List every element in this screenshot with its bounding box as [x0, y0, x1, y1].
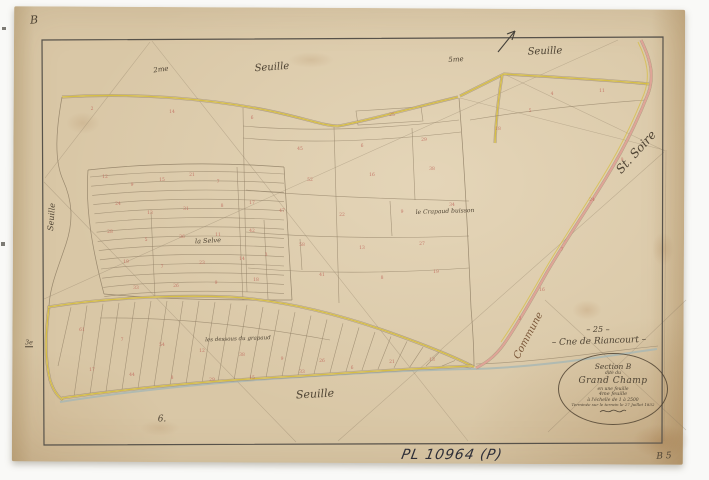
- cartouche-sheet-number: – 25 –: [586, 326, 609, 334]
- neighbor-sheet-5-label: 5me: [448, 56, 464, 64]
- neighbor-seuille-bottom-label: Seuille: [296, 388, 335, 401]
- north-arrow: [498, 31, 515, 52]
- archive-reference-number: PL 10964 (P): [400, 447, 504, 463]
- northeast-road: [460, 74, 649, 143]
- sheet-letter-mark: B: [30, 14, 39, 26]
- pink-road-st-soire: [476, 40, 651, 368]
- lieu-dit-selve-label: la Selve: [195, 237, 221, 245]
- neighbor-sheet-3-label: 3e: [25, 339, 33, 347]
- title-cartouche: Section B dite du Grand Champ en une feu…: [558, 353, 668, 425]
- strip-band-top-road: [48, 296, 474, 367]
- strip-parcels: [58, 301, 471, 397]
- parcel-block-middle: [100, 98, 474, 367]
- cartouche-section-line: Section B: [595, 363, 631, 372]
- sheet-number-mark: B 5: [656, 452, 672, 462]
- parcel-block-upper-left: [87, 164, 292, 300]
- cartouche-lieu-name: Grand Champ: [578, 376, 647, 386]
- neighbor-seuille-top-right-label: Seuille: [527, 46, 562, 57]
- scanned-cadastral-map-photo: 1291521724133181728536114219723143332691…: [0, 0, 709, 480]
- north-road: [62, 95, 458, 126]
- west-boundary: [46, 97, 71, 400]
- neighbor-sheet-6-label: 6.: [158, 416, 167, 425]
- signature-squiggle: [598, 407, 628, 415]
